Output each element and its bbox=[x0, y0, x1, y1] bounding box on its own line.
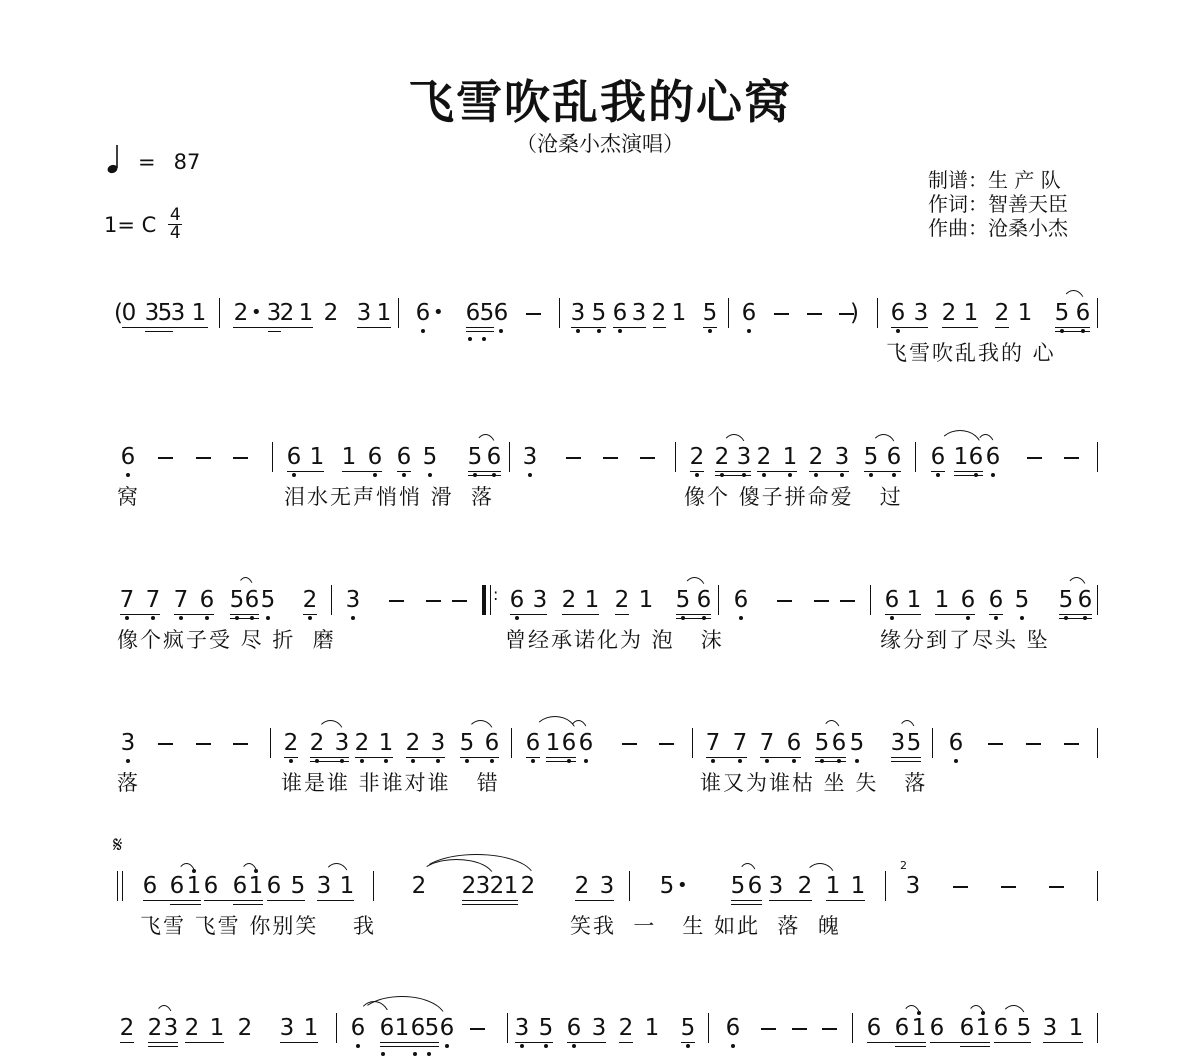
song-title: 飞雪吹乱我的心窝 bbox=[0, 66, 1200, 132]
lyric-line: 飞雪 飞雪 你别笑 我 bbox=[140, 910, 376, 940]
dash bbox=[814, 600, 829, 602]
note: 6 bbox=[199, 587, 215, 613]
slur bbox=[805, 863, 835, 877]
dash bbox=[158, 743, 173, 745]
quarter-note-icon bbox=[106, 144, 120, 179]
note: 3 bbox=[522, 444, 538, 470]
repeat-dots: : bbox=[493, 585, 498, 604]
note: 3 bbox=[170, 300, 186, 326]
note: 6 bbox=[890, 300, 906, 326]
dash bbox=[426, 600, 441, 602]
note: 3 bbox=[834, 444, 850, 470]
underline bbox=[515, 1042, 553, 1043]
note: 6 bbox=[509, 587, 525, 613]
note: 5 bbox=[849, 730, 865, 756]
dash bbox=[566, 457, 581, 459]
underline bbox=[468, 475, 501, 476]
underline bbox=[284, 757, 298, 758]
note: 6 bbox=[612, 300, 628, 326]
underline bbox=[989, 614, 1003, 615]
barline bbox=[1097, 1013, 1098, 1043]
note: 6 bbox=[286, 444, 302, 470]
time-signature: 4 4 bbox=[168, 208, 182, 241]
underline bbox=[174, 614, 214, 615]
underline bbox=[706, 757, 747, 758]
note: 2 bbox=[614, 587, 630, 613]
repeat-start-bar bbox=[482, 585, 486, 615]
segno-icon: 𝄋 bbox=[113, 833, 122, 858]
barline bbox=[708, 1013, 709, 1043]
note: 6 bbox=[266, 873, 282, 899]
note: 6 bbox=[866, 1015, 882, 1041]
note: 1 bbox=[906, 587, 922, 613]
dash bbox=[822, 1028, 837, 1030]
barline bbox=[852, 1013, 853, 1043]
note: 2 bbox=[323, 300, 339, 326]
underline bbox=[380, 1046, 439, 1047]
underline bbox=[731, 904, 762, 905]
note: 1 bbox=[638, 587, 654, 613]
note: 2 bbox=[119, 1015, 135, 1041]
note: 6 bbox=[120, 444, 136, 470]
dash bbox=[1026, 743, 1041, 745]
dash bbox=[761, 1028, 776, 1030]
underline bbox=[287, 471, 324, 472]
note: 3 bbox=[905, 873, 921, 899]
note: 2 bbox=[994, 300, 1010, 326]
barline bbox=[509, 442, 510, 472]
dash bbox=[953, 886, 968, 888]
slur bbox=[237, 577, 254, 591]
note: 1 bbox=[303, 1015, 319, 1041]
dash bbox=[1027, 457, 1042, 459]
slur bbox=[358, 996, 446, 1019]
slur bbox=[324, 863, 349, 877]
underline bbox=[397, 471, 411, 472]
barline bbox=[511, 728, 512, 758]
credit-composer: 作曲：沧桑小杰 bbox=[928, 216, 1068, 240]
tempo-marking: = 87 bbox=[106, 144, 200, 179]
note: 6 bbox=[988, 587, 1004, 613]
underline bbox=[230, 614, 259, 615]
slur bbox=[467, 720, 494, 734]
underline bbox=[148, 1042, 178, 1043]
underline bbox=[546, 757, 576, 758]
note: 3 bbox=[631, 300, 647, 326]
dash bbox=[777, 600, 792, 602]
note: 1 bbox=[209, 1015, 225, 1041]
underline bbox=[170, 904, 201, 905]
barline bbox=[398, 298, 399, 328]
underline bbox=[466, 331, 494, 332]
underline bbox=[317, 900, 354, 901]
note: 6 bbox=[948, 730, 964, 756]
underline bbox=[510, 614, 547, 615]
underline bbox=[731, 900, 762, 901]
note: 3 bbox=[768, 873, 784, 899]
barline bbox=[272, 442, 273, 472]
note: 6 bbox=[929, 1015, 945, 1041]
note: 6 bbox=[203, 873, 219, 899]
note: 6 bbox=[566, 1015, 582, 1041]
underline bbox=[1059, 614, 1092, 615]
underline bbox=[1055, 327, 1090, 328]
dash bbox=[640, 457, 655, 459]
note: 1 bbox=[644, 1015, 660, 1041]
slur bbox=[822, 720, 841, 734]
slur bbox=[976, 434, 995, 448]
slur bbox=[1001, 1005, 1026, 1019]
note: 2 bbox=[237, 1015, 253, 1041]
lyric-line: 缘分到了尽头 坠 bbox=[880, 624, 1050, 654]
note: 2 bbox=[808, 444, 824, 470]
underline bbox=[703, 327, 717, 328]
barline bbox=[718, 585, 719, 615]
note: 5 bbox=[422, 444, 438, 470]
underline bbox=[619, 1042, 633, 1043]
note: 2 bbox=[561, 587, 577, 613]
credits: 制谱：生 产 队 作词：智善天臣 作曲：沧桑小杰 bbox=[928, 168, 1068, 240]
underline bbox=[143, 900, 201, 901]
underline bbox=[567, 1042, 606, 1043]
underline bbox=[342, 471, 382, 472]
barline bbox=[870, 585, 871, 615]
augmentation-dot: • bbox=[433, 302, 444, 323]
underline bbox=[815, 757, 846, 758]
barline bbox=[559, 298, 560, 328]
note: 1 bbox=[378, 730, 394, 756]
barline bbox=[219, 298, 220, 328]
 bbox=[427, 1052, 431, 1056]
dash bbox=[792, 1028, 807, 1030]
lyric-line: 落 bbox=[117, 767, 140, 797]
underline bbox=[615, 614, 629, 615]
underline bbox=[571, 327, 606, 328]
underline bbox=[310, 761, 349, 762]
underline bbox=[867, 1042, 926, 1043]
dash bbox=[233, 743, 248, 745]
note: 1 bbox=[341, 444, 357, 470]
note: 1 bbox=[1068, 1015, 1084, 1041]
underline bbox=[145, 331, 173, 332]
dash bbox=[158, 457, 173, 459]
underline bbox=[546, 761, 576, 762]
slur bbox=[1062, 290, 1085, 304]
underline bbox=[954, 471, 983, 472]
note: 6 bbox=[415, 300, 431, 326]
note: 7 bbox=[173, 587, 189, 613]
note: 3 bbox=[120, 730, 136, 756]
lyric-line: 笑我 一 生 如此 落 魄 bbox=[570, 910, 841, 940]
underline bbox=[230, 618, 259, 619]
tempo-bpm: 87 bbox=[174, 150, 201, 174]
note: 1 bbox=[309, 444, 325, 470]
dash bbox=[807, 313, 822, 315]
underline bbox=[613, 327, 646, 328]
underline bbox=[931, 471, 945, 472]
dash bbox=[1049, 886, 1064, 888]
note: 6 bbox=[725, 1015, 741, 1041]
note: 1 bbox=[584, 587, 600, 613]
note: 6 bbox=[733, 587, 749, 613]
note: 3 bbox=[430, 730, 446, 756]
key-label: 1= C bbox=[104, 213, 156, 237]
underline bbox=[233, 327, 313, 328]
dash bbox=[988, 743, 1003, 745]
dash bbox=[470, 1028, 485, 1030]
underline bbox=[676, 614, 711, 615]
slur bbox=[419, 854, 534, 877]
note: 6 bbox=[367, 444, 383, 470]
underline bbox=[942, 327, 978, 328]
note: 7 bbox=[705, 730, 721, 756]
barline bbox=[373, 871, 374, 901]
grace-note: 2 bbox=[900, 859, 907, 872]
underline bbox=[715, 475, 751, 476]
note: 3 bbox=[532, 587, 548, 613]
underline bbox=[681, 1042, 695, 1043]
 bbox=[482, 337, 486, 341]
underline bbox=[460, 757, 499, 758]
augmentation-dot: • bbox=[677, 875, 688, 896]
slur bbox=[902, 1005, 921, 1019]
underline bbox=[526, 757, 540, 758]
lyric-line: 窝 bbox=[117, 481, 140, 511]
barline bbox=[1097, 871, 1098, 901]
dash bbox=[196, 457, 211, 459]
note: 5 bbox=[591, 300, 607, 326]
note: 6 bbox=[741, 300, 757, 326]
note: 2 bbox=[574, 873, 590, 899]
dash bbox=[233, 457, 248, 459]
note: 3 bbox=[1042, 1015, 1058, 1041]
note: 1 bbox=[671, 300, 687, 326]
note: 5 bbox=[702, 300, 718, 326]
note: 2 bbox=[302, 587, 318, 613]
lyric-line: 曾经承诺化为 泡 沫 bbox=[505, 624, 724, 654]
underline bbox=[462, 900, 518, 901]
slur bbox=[155, 1005, 173, 1019]
slur bbox=[569, 720, 588, 734]
note: 7 bbox=[145, 587, 161, 613]
note: 2 bbox=[354, 730, 370, 756]
barline bbox=[885, 871, 886, 901]
underline bbox=[995, 327, 1009, 328]
slur bbox=[475, 434, 496, 448]
underline bbox=[994, 1042, 1031, 1043]
note: 6 bbox=[396, 444, 412, 470]
underline bbox=[760, 757, 801, 758]
barline bbox=[877, 298, 878, 328]
note: 6 bbox=[142, 873, 158, 899]
note: 5 bbox=[260, 587, 276, 613]
note: 1 bbox=[850, 873, 866, 899]
underline bbox=[562, 614, 599, 615]
tempo-equals: = bbox=[138, 150, 156, 174]
barline bbox=[915, 442, 916, 472]
underline bbox=[935, 614, 975, 615]
double-barline bbox=[122, 871, 123, 901]
underline bbox=[690, 471, 704, 472]
barline bbox=[692, 728, 693, 758]
barline bbox=[1097, 728, 1098, 758]
underline bbox=[462, 904, 518, 905]
underline bbox=[1059, 618, 1092, 619]
note: 2 bbox=[756, 444, 772, 470]
underline bbox=[380, 1042, 439, 1043]
underline bbox=[355, 757, 393, 758]
underline bbox=[1043, 1042, 1083, 1043]
lyric-line: 谁又为谁枯 坐 失 落 bbox=[700, 767, 927, 797]
note: 3 bbox=[570, 300, 586, 326]
note: 1 bbox=[191, 300, 207, 326]
note: 3 bbox=[599, 873, 615, 899]
slur bbox=[317, 720, 344, 734]
note: 7 bbox=[759, 730, 775, 756]
barline bbox=[932, 728, 933, 758]
barline bbox=[331, 585, 332, 615]
slur bbox=[871, 434, 896, 448]
underline bbox=[406, 757, 445, 758]
note: 2 bbox=[618, 1015, 634, 1041]
lyric-line: 谁是谁 非谁对谁 错 bbox=[281, 767, 500, 797]
underline bbox=[954, 475, 983, 476]
note: 5 bbox=[680, 1015, 696, 1041]
barline bbox=[507, 1013, 508, 1043]
note: 1 bbox=[963, 300, 979, 326]
dash bbox=[840, 600, 855, 602]
underline bbox=[148, 1046, 178, 1047]
underline bbox=[466, 327, 494, 328]
barline bbox=[1097, 442, 1098, 472]
note: 7 bbox=[732, 730, 748, 756]
underline bbox=[930, 1042, 990, 1043]
note: 6 bbox=[786, 730, 802, 756]
underline bbox=[757, 471, 797, 472]
underline bbox=[233, 904, 263, 905]
dash bbox=[452, 600, 467, 602]
dash bbox=[1064, 457, 1079, 459]
note: 1 bbox=[782, 444, 798, 470]
barline bbox=[728, 298, 729, 328]
note: 1 bbox=[934, 587, 950, 613]
note: 2 bbox=[233, 300, 249, 326]
dash bbox=[1001, 886, 1016, 888]
underline bbox=[267, 900, 305, 901]
underline bbox=[815, 761, 846, 762]
note: 0 bbox=[121, 300, 137, 326]
note: 2 bbox=[651, 300, 667, 326]
underline bbox=[122, 327, 208, 328]
note: 7 bbox=[119, 587, 135, 613]
lyric-line: 泪水无声悄悄 滑 落 bbox=[284, 481, 494, 511]
slur bbox=[177, 863, 196, 877]
note: 5 bbox=[1014, 587, 1030, 613]
credit-arranger: 制谱：生 产 队 bbox=[928, 168, 1068, 192]
underline bbox=[826, 900, 865, 901]
dash bbox=[659, 743, 674, 745]
note: 5 bbox=[290, 873, 306, 899]
dash bbox=[603, 457, 618, 459]
note: 2 bbox=[689, 444, 705, 470]
underline bbox=[1055, 331, 1090, 332]
underline bbox=[268, 331, 281, 332]
slur bbox=[738, 863, 757, 877]
barline bbox=[1097, 585, 1098, 615]
barline bbox=[1097, 298, 1098, 328]
dash bbox=[1064, 743, 1079, 745]
note: 3 bbox=[356, 300, 372, 326]
double-barline bbox=[117, 871, 118, 901]
note: 1 bbox=[1017, 300, 1033, 326]
note: 6 bbox=[960, 587, 976, 613]
 bbox=[381, 1052, 385, 1056]
underline bbox=[891, 761, 921, 762]
underline bbox=[676, 618, 711, 619]
note: 3 bbox=[913, 300, 929, 326]
underline bbox=[357, 327, 391, 328]
barline bbox=[629, 871, 630, 901]
barline bbox=[675, 442, 676, 472]
note: 2 bbox=[184, 1015, 200, 1041]
note: 1 bbox=[376, 300, 392, 326]
dash bbox=[389, 600, 404, 602]
underline bbox=[120, 614, 160, 615]
note: 2 bbox=[941, 300, 957, 326]
note: 5 bbox=[659, 873, 675, 899]
barline bbox=[270, 728, 271, 758]
underline bbox=[809, 471, 849, 472]
underline bbox=[575, 900, 614, 901]
slur bbox=[722, 434, 746, 448]
slur bbox=[967, 1005, 985, 1019]
underline bbox=[310, 757, 349, 758]
close-paren: ) bbox=[850, 300, 859, 326]
note: 2 bbox=[279, 300, 295, 326]
underline bbox=[715, 471, 751, 472]
underline bbox=[891, 757, 921, 758]
dash bbox=[196, 743, 211, 745]
underline bbox=[891, 327, 928, 328]
underline bbox=[653, 327, 666, 328]
underline bbox=[204, 900, 263, 901]
underline bbox=[280, 1042, 318, 1043]
note: 2 bbox=[405, 730, 421, 756]
underline bbox=[303, 614, 317, 615]
barline bbox=[336, 1013, 337, 1043]
slur bbox=[683, 577, 706, 591]
slur bbox=[898, 720, 916, 734]
dash bbox=[622, 743, 637, 745]
note: 3 bbox=[279, 1015, 295, 1041]
 bbox=[413, 1052, 417, 1056]
lyric-line: 像个 傻子拼命爱 过 bbox=[684, 481, 903, 511]
dash bbox=[526, 313, 541, 315]
slur bbox=[240, 863, 258, 877]
dash bbox=[774, 313, 789, 315]
slur bbox=[1066, 577, 1087, 591]
lyric-line: 飞雪吹乱我的 心 bbox=[886, 337, 1056, 367]
underline bbox=[885, 614, 921, 615]
underline bbox=[769, 900, 812, 901]
lyric-line: 像个疯子受 尽 折 磨 bbox=[117, 624, 336, 654]
underline bbox=[185, 1042, 224, 1043]
note: 6 bbox=[493, 300, 509, 326]
note: 6 bbox=[884, 587, 900, 613]
 bbox=[468, 337, 472, 341]
note: 3 bbox=[345, 587, 361, 613]
note: 3 bbox=[514, 1015, 530, 1041]
